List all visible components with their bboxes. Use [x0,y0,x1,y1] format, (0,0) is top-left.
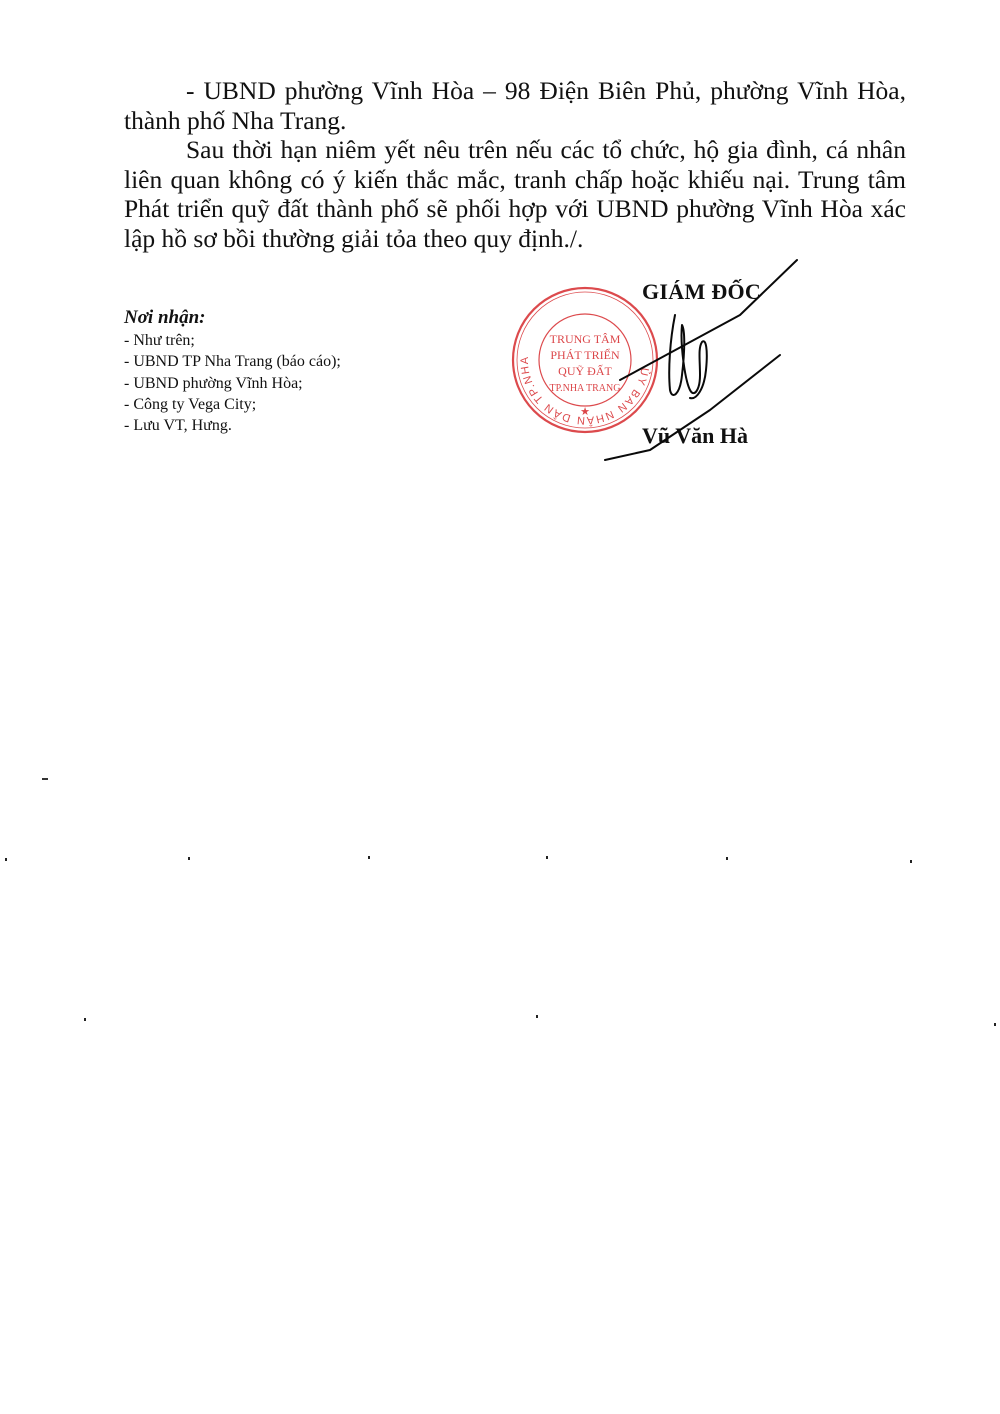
scan-speck [910,860,912,863]
recipient-item: - Như trên; [124,330,341,351]
official-seal-icon: ỦY BAN NHÂN DÂN TP.NHA TRANG - T.KHÁNH H… [510,285,660,435]
scan-speck [994,1023,996,1026]
recipient-item: - Công ty Vega City; [124,394,341,415]
seal-line: PHÁT TRIỂN [550,347,620,362]
signer-title: GIÁM ĐỐC [642,279,761,305]
seal-line: QUỸ ĐẤT [558,363,612,378]
paragraph-address: - UBND phường Vĩnh Hòa – 98 Điện Biên Ph… [124,76,906,135]
scan-speck [188,857,190,860]
scan-speck [368,856,370,859]
paragraph-notice: Sau thời hạn niêm yết nêu trên nếu các t… [124,135,906,253]
scan-speck [84,1018,86,1021]
body-text: - UBND phường Vĩnh Hòa – 98 Điện Biên Ph… [124,76,906,253]
recipients-block: Nơi nhận: - Như trên; - UBND TP Nha Tran… [124,306,341,436]
recipients-title: Nơi nhận: [124,306,341,330]
seal-line: TRUNG TÂM [550,332,621,346]
recipient-item: - UBND TP Nha Trang (báo cáo); [124,351,341,372]
signer-name: Vũ Văn Hà [642,423,748,449]
scan-speck [546,856,548,859]
scan-mark [42,778,48,780]
scan-speck [536,1015,538,1018]
recipient-item: - Lưu VT, Hưng. [124,415,341,436]
recipient-item: - UBND phường Vĩnh Hòa; [124,373,341,394]
seal-star-icon: ★ [580,406,590,418]
scan-speck [5,858,7,861]
document-page: - UBND phường Vĩnh Hòa – 98 Điện Biên Ph… [0,0,1000,1414]
seal-line: TP.NHA TRANG [550,383,621,394]
scan-speck [726,857,728,860]
